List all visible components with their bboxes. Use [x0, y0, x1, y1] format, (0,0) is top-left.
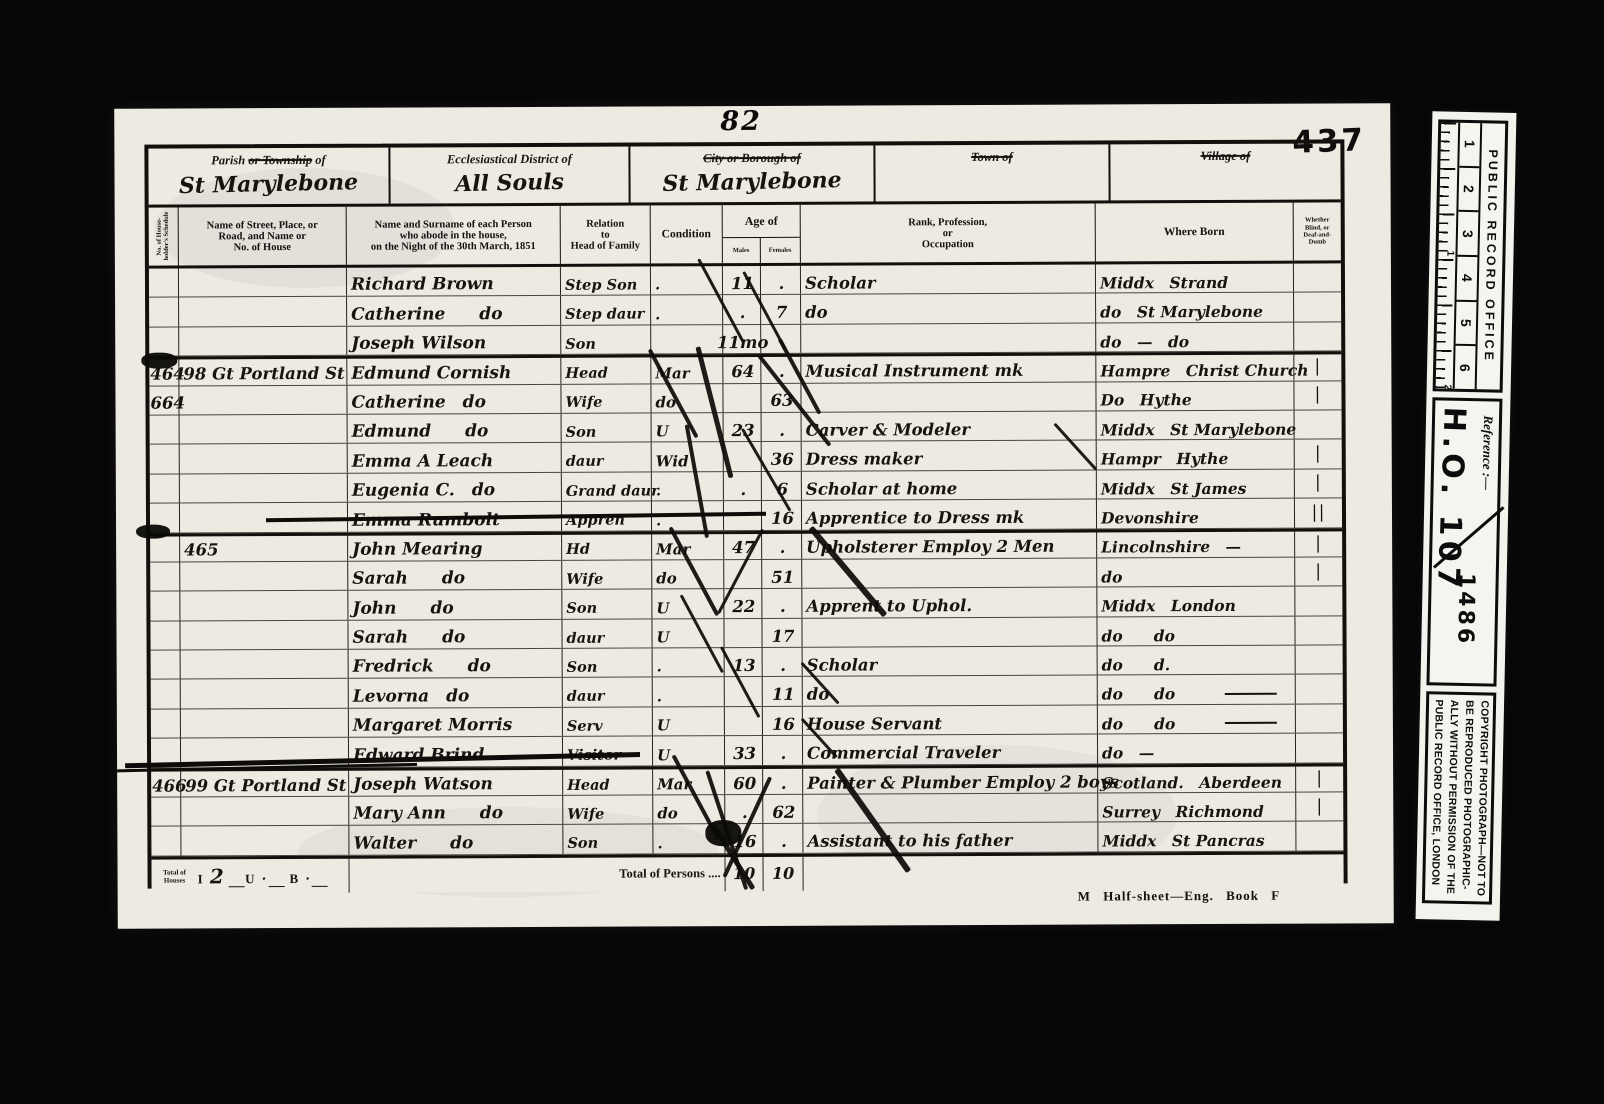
cell-street: [180, 591, 348, 620]
cell-age-female: .: [762, 413, 802, 442]
col-age-males: Males: [723, 238, 761, 263]
cell-name: John do: [348, 590, 562, 619]
cell-occupation: Carver & Modeler: [802, 411, 1097, 441]
cell-condition: .: [652, 472, 724, 501]
parish-value: St Marylebone: [148, 169, 389, 200]
cell-relation: Wife: [561, 384, 651, 413]
cell-age-female: 11: [763, 677, 803, 706]
cell-blind-tick: [1295, 616, 1342, 645]
cell-schedule: [150, 562, 180, 591]
cell-age-female: .: [762, 533, 802, 559]
cell-blind-tick: |: [1295, 440, 1342, 469]
cell-relation: daur: [562, 443, 652, 472]
cell-name: Margaret Morris: [349, 708, 563, 737]
cell-age-male: 33: [725, 736, 763, 765]
cell-age-female: 62: [763, 795, 803, 824]
cell-occupation: [801, 382, 1096, 412]
cell-age-female: .: [763, 648, 803, 677]
cell-street: [179, 297, 347, 326]
cell-where-born: do do: [1097, 616, 1295, 645]
district-value: All Souls: [390, 167, 629, 198]
cell-age-female: 51: [762, 560, 802, 589]
cell-street: [181, 797, 349, 826]
cell-blind-tick: |: [1296, 792, 1343, 821]
cell-where-born: Lincolnshire —: [1097, 531, 1295, 557]
total-houses-value: 2: [210, 864, 224, 888]
cell-age-female: 17: [762, 618, 802, 647]
total-persons-label: Total of Persons ....: [349, 857, 725, 893]
cell-where-born: Devonshire: [1097, 499, 1295, 528]
cell-blind-tick: |: [1295, 531, 1342, 557]
cell-relation: Serv: [563, 707, 653, 736]
cell-street: 99 Gt Portland St: [181, 770, 349, 796]
microfilm-frame: 82 437 Parish or Township of St Marylebo…: [0, 0, 1604, 1104]
cell-where-born: Middx London: [1097, 587, 1295, 616]
cell-street: [181, 709, 349, 738]
handwritten-page-number: 82: [720, 106, 762, 137]
cell-occupation: Commercial Traveler: [803, 735, 1098, 765]
cell-condition: .: [651, 296, 723, 325]
cell-relation: Son: [562, 413, 652, 442]
sheet-footer-caption: M Half-sheet—Eng. Book F: [1078, 888, 1281, 905]
census-sheet: 82 437 Parish or Township of St Marylebo…: [114, 103, 1394, 929]
form-header-band: Parish or Township of St Marylebone Eccl…: [148, 143, 1340, 207]
cell-street: [181, 650, 349, 679]
cell-blind-tick: |: [1294, 381, 1341, 410]
cell-relation: Son: [563, 649, 653, 678]
cell-relation: Wife: [562, 560, 652, 589]
cell-schedule: [150, 474, 180, 503]
cell-street: [179, 268, 347, 297]
cell-relation: Son: [562, 590, 652, 619]
cell-where-born: do do: [1098, 675, 1296, 704]
pro-ruler: 1 2 1 2 3 4 5 6 PUBLIC RECORD OFFICE: [1433, 119, 1509, 392]
cell-street: [180, 562, 348, 591]
cell-occupation: do: [803, 676, 1098, 706]
total-houses-cell: Total of Houses I 2 U · B ·: [151, 859, 349, 894]
cell-relation: Wife: [563, 795, 653, 824]
cell-street: 98 Gt Portland St: [179, 359, 347, 385]
cell-where-born: Surrey Richmond: [1098, 793, 1296, 822]
cell-street: [179, 385, 347, 414]
cell-relation: Grand daur: [562, 472, 652, 501]
cell-schedule: [150, 445, 180, 474]
cell-occupation: Assistant to his father: [803, 823, 1098, 853]
col-blind-deaf: Whether Blind, or Deaf-and- Dumb: [1294, 202, 1341, 260]
cell-name: Edmund do: [348, 414, 562, 443]
header-town: Town of: [875, 144, 1110, 201]
cell-where-born: do: [1097, 558, 1295, 587]
cell-occupation: House Servant: [803, 705, 1098, 735]
cell-occupation: [802, 617, 1097, 647]
reference-label: Reference :—: [1479, 415, 1497, 490]
cell-occupation: do: [801, 294, 1096, 324]
cell-where-born: Scotland. Aberdeen: [1098, 766, 1296, 792]
total-persons-females: 10: [763, 857, 803, 891]
header-village: Village of: [1110, 143, 1340, 200]
cell-blind-tick: ||: [1295, 499, 1342, 528]
cell-where-born: Middx Strand: [1096, 264, 1294, 293]
cell-occupation: Upholsterer Employ 2 Men: [802, 532, 1097, 559]
cell-relation: Head: [561, 358, 651, 384]
cell-age-female: .: [761, 266, 801, 295]
cell-schedule: [149, 298, 179, 327]
header-parish: Parish or Township of St Marylebone: [148, 148, 390, 205]
cell-where-born: Hampre Christ Church: [1096, 355, 1294, 381]
cell-street: [179, 327, 347, 356]
cell-schedule: [151, 680, 181, 709]
cell-age-female: .: [763, 736, 803, 765]
cell-occupation: Apprent to Uphol.: [802, 588, 1097, 618]
cell-relation: Hd: [562, 534, 652, 560]
cell-occupation: Dress maker: [802, 441, 1097, 471]
cell-relation: daur: [562, 619, 652, 648]
cell-relation: Head: [563, 769, 653, 795]
cell-age-male: 60: [725, 769, 763, 795]
cell-occupation: Musical Instrument mk: [801, 356, 1096, 383]
cell-relation: daur: [563, 678, 653, 707]
cell-schedule: [151, 798, 181, 827]
cell-schedule: [150, 415, 180, 444]
cell-condition: .: [653, 678, 725, 707]
cell-schedule: 466: [151, 771, 181, 797]
cell-age-female: .: [762, 589, 802, 618]
cell-where-born: Hampr Hythe: [1097, 440, 1295, 469]
cell-street: 465: [180, 535, 348, 561]
cell-name: Levorna do: [349, 678, 563, 707]
cell-relation: Son: [561, 325, 651, 354]
column-header-band: No. of House- holder's Schedule Name of …: [149, 202, 1341, 268]
cell-blind-tick: |: [1295, 557, 1342, 586]
header-city-borough: City or Borough of St Marylebone: [630, 145, 875, 202]
cell-occupation: Scholar: [801, 265, 1096, 295]
col-where-born: Where Born: [1096, 203, 1294, 262]
cell-where-born: do — do: [1096, 322, 1294, 351]
cell-schedule: [149, 327, 179, 356]
pro-reference-strip: 1 2 1 2 3 4 5 6 PUBLIC RECORD OFFICE Ref…: [1416, 111, 1517, 921]
cell-where-born: Middx St Pancras: [1098, 822, 1296, 851]
cell-condition: U: [653, 707, 725, 736]
col-condition: Condition: [651, 205, 723, 263]
cell-street: [181, 826, 349, 855]
ink-blot: [136, 525, 170, 539]
cell-blind-tick: [1295, 410, 1342, 439]
cell-relation: Son: [563, 825, 653, 854]
cell-age-female: .: [763, 824, 803, 853]
cell-street: [180, 474, 348, 503]
cell-age-male: [723, 384, 761, 413]
cell-name: Fredrick do: [349, 649, 563, 678]
cell-age-female: 16: [763, 707, 803, 736]
cell-blind-tick: [1296, 646, 1343, 675]
cell-blind-tick: [1296, 675, 1343, 704]
cell-name: Catherine do: [347, 296, 561, 325]
cell-name: Edmund Cornish: [347, 358, 561, 384]
cell-where-born: Do Hythe: [1096, 381, 1294, 410]
cell-where-born: Middx St James: [1097, 469, 1295, 498]
cell-where-born: do St Marylebone: [1096, 293, 1294, 322]
cell-relation: Step Son: [561, 266, 651, 295]
cell-blind-tick: [1296, 704, 1343, 733]
pro-reference-box: Reference :— H.O. 107 1486: [1426, 397, 1502, 686]
cell-condition: U: [652, 619, 724, 648]
cell-name: Richard Brown: [347, 267, 561, 296]
cell-street: [180, 444, 348, 473]
cell-blind-tick: [1294, 322, 1341, 351]
cell-name: Eugenia C. do: [348, 473, 562, 502]
cell-schedule: [150, 592, 180, 621]
cell-blind-tick: [1296, 822, 1343, 851]
cell-blind-tick: [1294, 293, 1341, 322]
cell-name: Sarah do: [348, 620, 562, 649]
cell-blind-tick: [1294, 263, 1341, 292]
cell-blind-tick: |: [1295, 469, 1342, 498]
pro-office-label: PUBLIC RECORD OFFICE: [1477, 123, 1506, 389]
cell-relation: Step daur: [561, 296, 651, 325]
cell-age-male: [724, 619, 762, 648]
cell-street: [180, 620, 348, 649]
cell-age-female: 16: [762, 501, 802, 530]
cell-name: Emma A Leach: [348, 443, 562, 472]
cell-street: [181, 679, 349, 708]
cell-schedule: [149, 269, 179, 298]
cell-name: John Mearing: [348, 534, 562, 560]
cell-condition: U: [653, 736, 725, 765]
cell-name: Joseph Watson: [349, 769, 563, 795]
cell-name: Mary Ann do: [349, 796, 563, 825]
cell-occupation: [803, 794, 1098, 824]
col-occupation: Rank, Profession, or Occupation: [801, 204, 1096, 263]
cell-where-born: do —: [1098, 734, 1296, 763]
col-age-females: Females: [760, 238, 800, 263]
cell-condition: [651, 325, 723, 354]
ink-blot: [705, 820, 741, 846]
cell-schedule: [151, 651, 181, 680]
cell-schedule: 664: [149, 386, 179, 415]
cell-schedule: [151, 709, 181, 738]
cell-schedule: [151, 827, 181, 856]
cell-occupation: [801, 323, 1096, 353]
cell-name: Catherine do: [347, 384, 561, 413]
col-schedule-number: No. of House- holder's Schedule: [149, 208, 179, 266]
cell-blind-tick: [1296, 734, 1343, 763]
col-relation: Relation to Head of Family: [561, 205, 651, 263]
cell-schedule: [150, 536, 180, 562]
cell-occupation: Scholar: [803, 647, 1098, 677]
cell-age-female: 36: [762, 442, 802, 471]
cell-age-male: 64: [723, 357, 761, 383]
cell-street: [180, 415, 348, 444]
col-age: Age of Males Females: [723, 205, 801, 263]
piece-number-stamp: 1486: [1452, 573, 1479, 647]
cell-blind-tick: [1295, 587, 1342, 616]
col-name: Name and Surname of each Person who abod…: [347, 206, 561, 265]
cell-where-born: Middx St Marylebone: [1097, 411, 1295, 440]
col-street: Name of Street, Place, or Road, and Name…: [179, 207, 347, 266]
cell-where-born: do do: [1098, 704, 1296, 733]
cell-name: Walter do: [349, 825, 563, 854]
borough-value: St Marylebone: [630, 166, 874, 197]
cell-occupation: Apprentice to Dress mk: [802, 500, 1097, 530]
cell-blind-tick: |: [1294, 355, 1341, 381]
cell-name: Sarah do: [348, 561, 562, 590]
cell-name: Joseph Wilson: [347, 326, 561, 355]
cell-schedule: [150, 621, 180, 650]
cell-where-born: do d.: [1098, 646, 1296, 675]
cell-occupation: Scholar at home: [802, 470, 1097, 500]
cell-blind-tick: |: [1296, 766, 1343, 792]
header-ecclesiastical-district: Ecclesiastical District of All Souls: [390, 147, 630, 204]
ink-blot: [141, 353, 177, 369]
pro-copyright-box: COPYRIGHT PHOTOGRAPH—NOT TO BE REPRODUCE…: [1422, 691, 1496, 904]
